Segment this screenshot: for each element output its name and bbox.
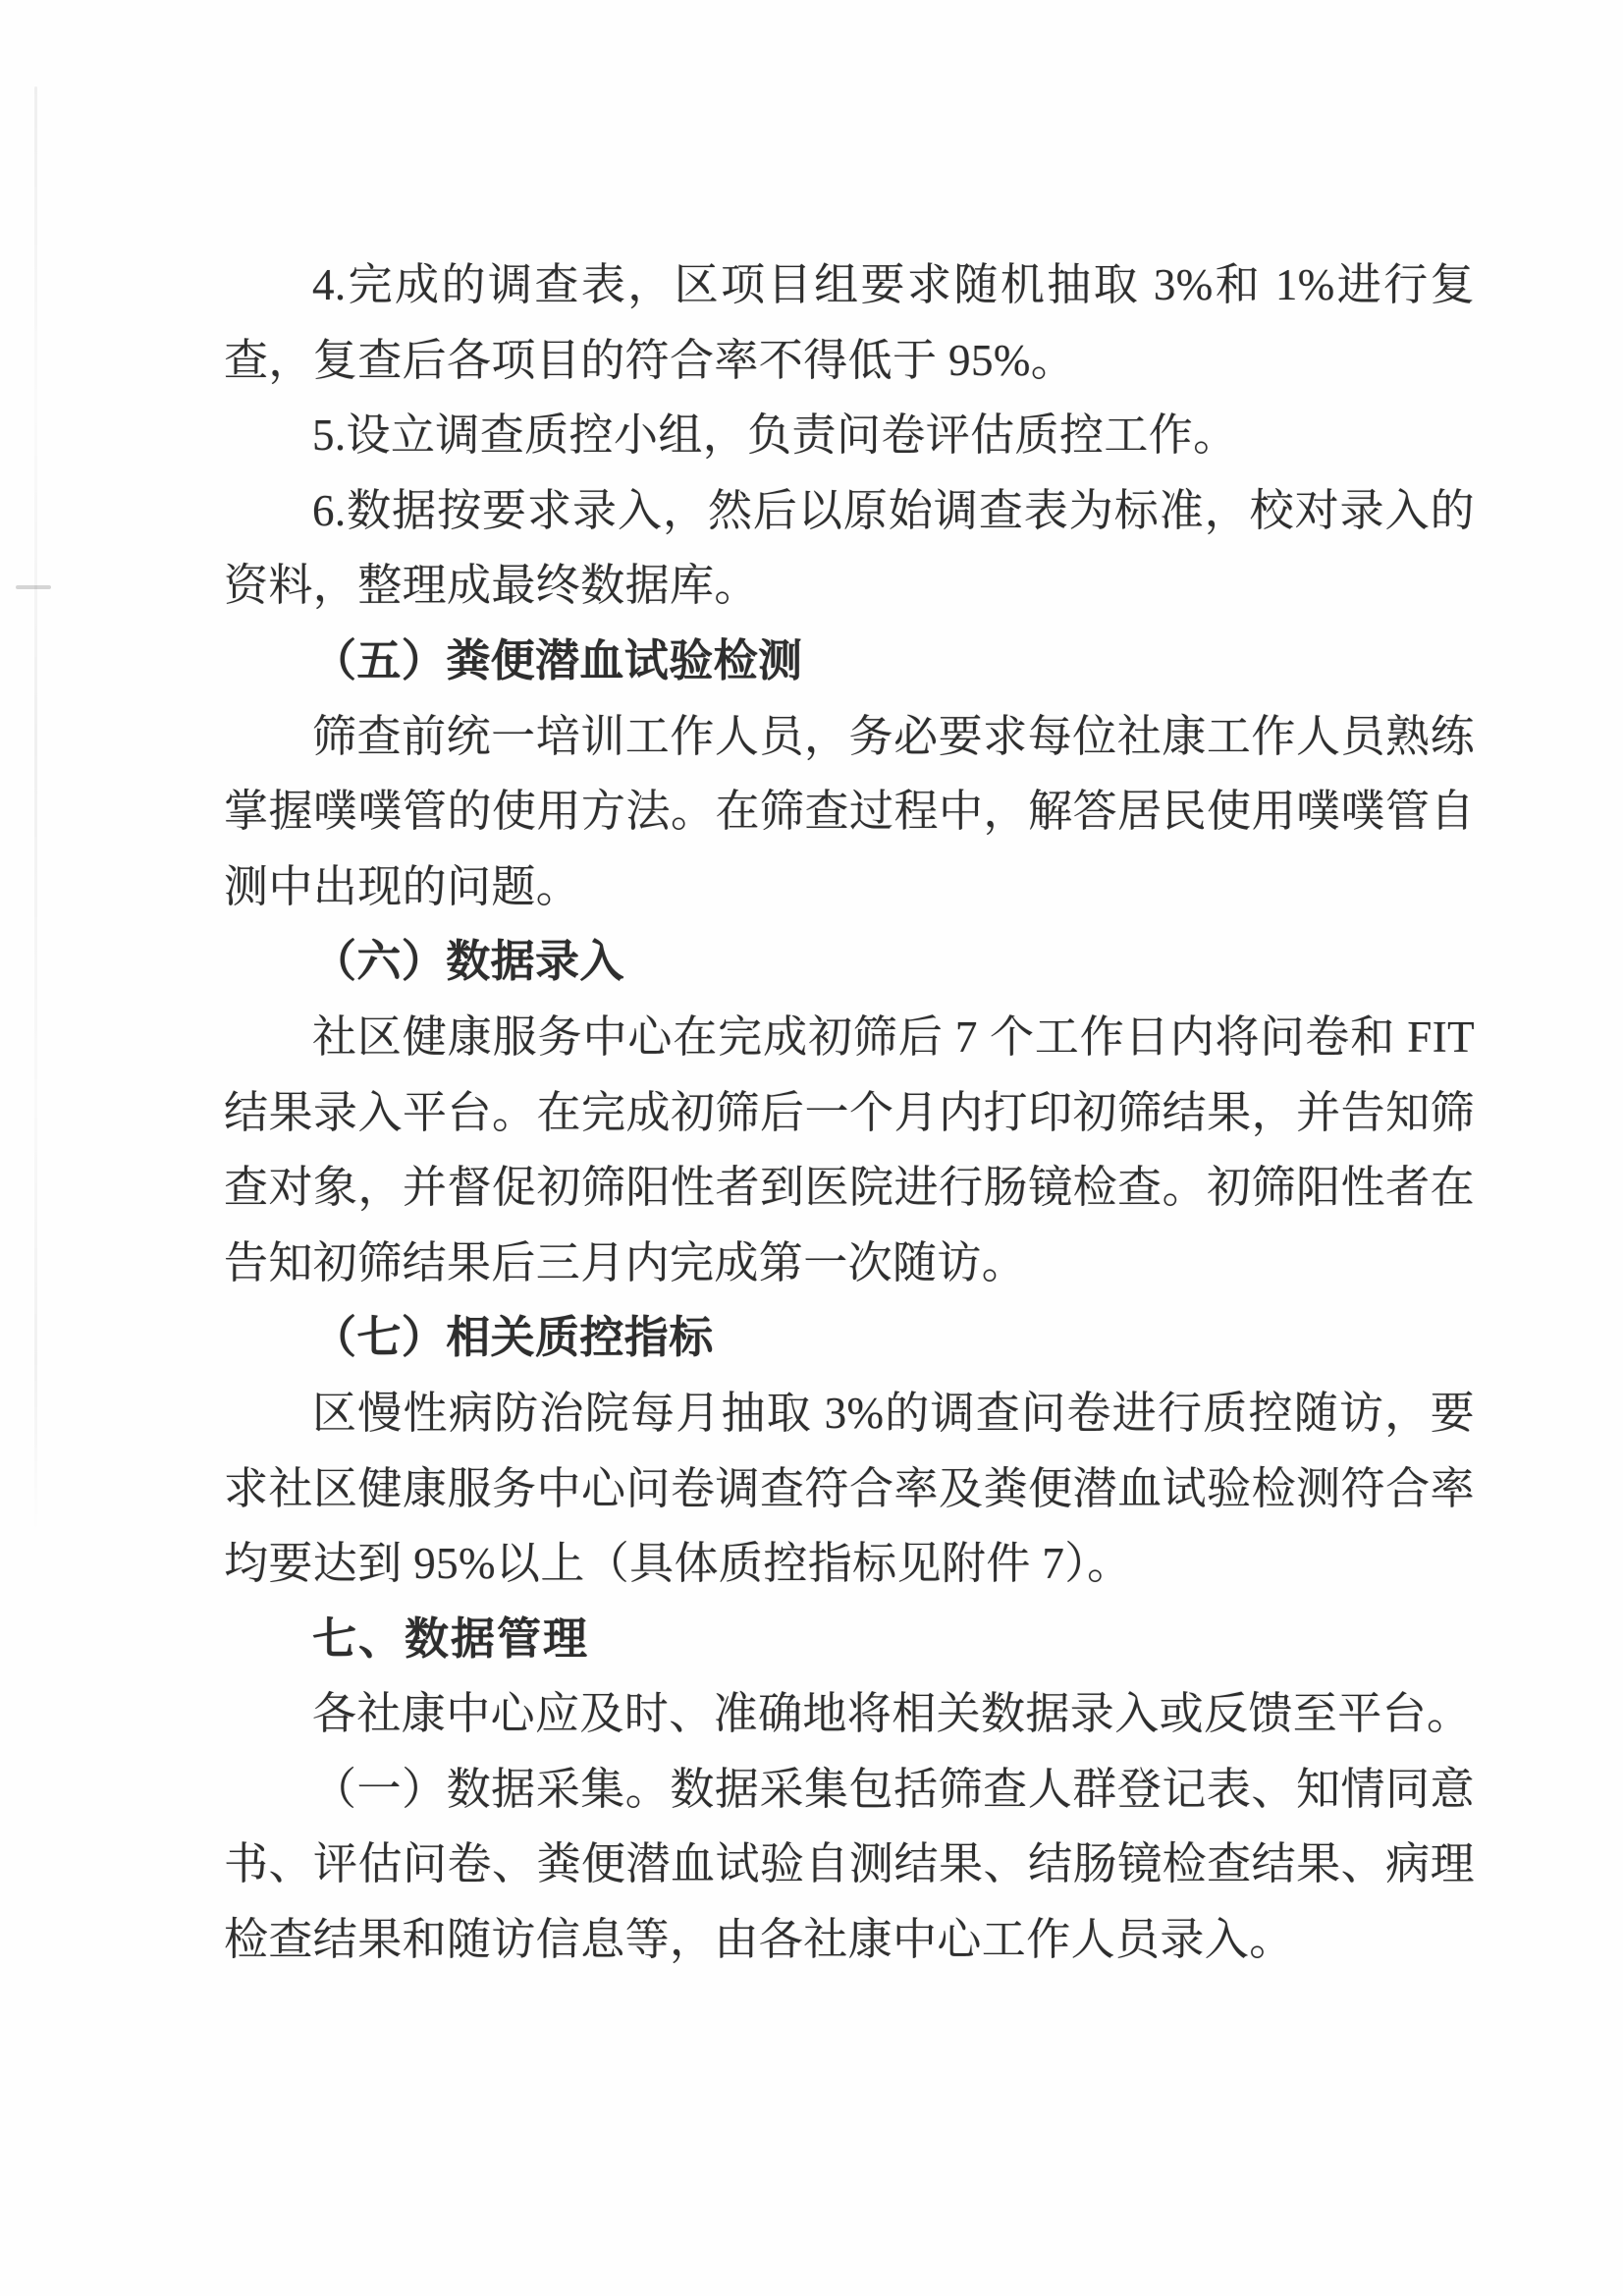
scan-artifact-dash — [16, 585, 51, 589]
chapter-heading-data-management: 七、数据管理 — [224, 1602, 1475, 1677]
paragraph-item-5-qc-group: 5.设立调查质控小组，负责问卷评估质控工作。 — [224, 398, 1475, 473]
paragraph-data-entry-platform: 社区健康服务中心在完成初筛后 7 个工作日内将问卷和 FIT结果录入平台。在完成… — [224, 1000, 1475, 1300]
subheading-section-6-data-entry: （六）数据录入 — [224, 924, 1475, 1000]
subheading-section-5-fobt: （五）粪便潜血试验检测 — [224, 624, 1475, 699]
paragraph-data-feedback: 各社康中心应及时、准确地将相关数据录入或反馈至平台。 — [224, 1676, 1475, 1752]
paragraph-data-collection: （一）数据采集。数据采集包括筛查人群登记表、知情同意书、评估问卷、粪便潜血试验自… — [224, 1752, 1475, 1978]
paragraph-fobt-training: 筛查前统一培训工作人员，务必要求每位社康工作人员熟练掌握噗噗管的使用方法。在筛查… — [224, 699, 1475, 925]
scan-artifact-streak — [34, 86, 37, 1535]
paragraph-item-4-review: 4.完成的调查表，区项目组要求随机抽取 3%和 1%进行复查，复查后各项目的符合… — [224, 247, 1475, 398]
paragraph-qc-followup: 区慢性病防治院每月抽取 3%的调查问卷进行质控随访，要求社区健康服务中心问卷调查… — [224, 1376, 1475, 1602]
subheading-section-7-qc-index: （七）相关质控指标 — [224, 1300, 1475, 1376]
document-body: 4.完成的调查表，区项目组要求随机抽取 3%和 1%进行复查，复查后各项目的符合… — [224, 247, 1475, 1978]
paragraph-item-6-data-entry: 6.数据按要求录入，然后以原始调查表为标准，校对录入的资料，整理成最终数据库。 — [224, 473, 1475, 624]
document-page: 4.完成的调查表，区项目组要求随机抽取 3%和 1%进行复查，复查后各项目的符合… — [0, 0, 1623, 2296]
